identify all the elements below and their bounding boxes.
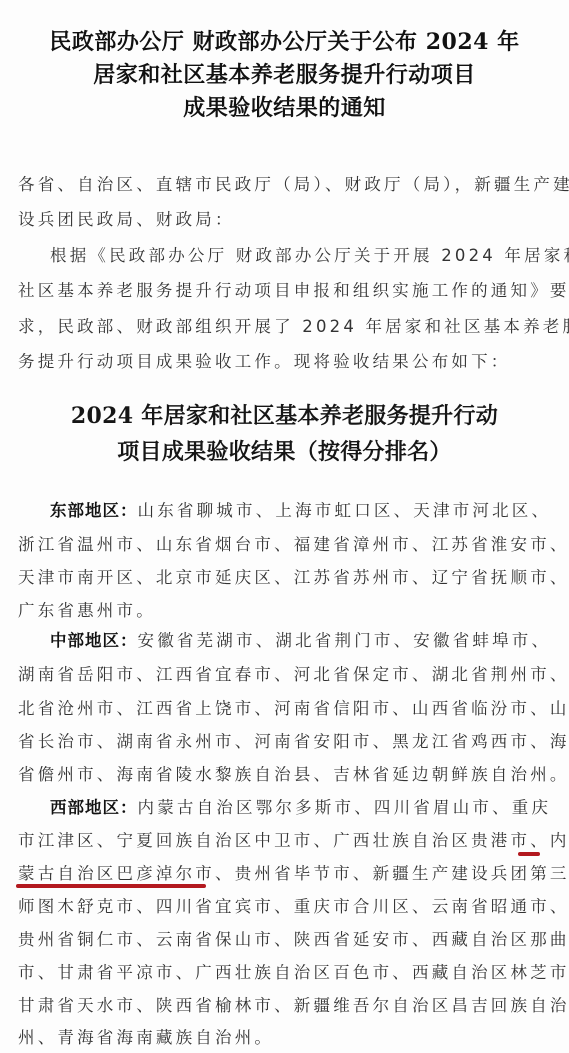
- region-west-line-3: 蒙古自治区巴彦淖尔市、贵州省毕节市、新疆生产建设兵团第三: [18, 863, 553, 885]
- region-west-label: 西部地区：: [50, 798, 138, 817]
- notice-title-line-3: 成果验收结果的通知: [0, 92, 569, 124]
- region-central-line-4: 省长治市、湖南省永州市、河南省安阳市、黑龙江省鸡西市、海南: [18, 731, 553, 753]
- region-west-line-2: 市江津区、宁夏回族自治区中卫市、广西壮族自治区贵港市、内: [18, 830, 553, 852]
- results-title-line-2: 项目成果验收结果（按得分排名）: [0, 436, 569, 468]
- intro-line-2: 社区基本养老服务提升行动项目申报和组织实施工作的通知》要: [18, 280, 553, 302]
- region-central-line-3: 北省沧州市、江西省上饶市、河南省信阳市、山西省临汾市、山西: [18, 698, 553, 720]
- notice-title-line-2: 居家和社区基本养老服务提升行动项目: [0, 59, 569, 91]
- document-page: 民政部办公厅 财政部办公厅关于公布 2024 年 居家和社区基本养老服务提升行动…: [0, 0, 569, 1053]
- region-west-line-7: 甘肃省天水市、陕西省榆林市、新疆维吾尔自治区昌吉回族自治: [18, 995, 553, 1017]
- region-east-line-2: 浙江省温州市、山东省烟台市、福建省漳州市、江苏省淮安市、: [18, 534, 553, 556]
- intro-line-3: 求，民政部、财政部组织开展了 2024 年居家和社区基本养老服: [18, 316, 553, 338]
- intro-line-4: 务提升行动项目成果验收工作。现将验收结果公布如下：: [18, 351, 553, 373]
- region-west-line-4: 师图木舒克市、四川省宜宾市、重庆市合川区、云南省昭通市、: [18, 896, 553, 918]
- region-east-label: 东部地区：: [50, 501, 138, 520]
- region-central-line-1: 中部地区：安徽省芜湖市、湖北省荆门市、安徽省蚌埠市、: [50, 630, 569, 652]
- region-west-line-1: 西部地区：内蒙古自治区鄂尔多斯市、四川省眉山市、重庆: [50, 797, 569, 819]
- salutation-line-2: 设兵团民政局、财政局：: [18, 209, 553, 231]
- notice-title-line-1: 民政部办公厅 财政部办公厅关于公布 2024 年: [0, 26, 569, 58]
- red-underline-annotation-part-1: [518, 852, 540, 856]
- region-west-line-6: 市、甘肃省平凉市、广西壮族自治区百色市、西藏自治区林芝市、: [18, 962, 553, 984]
- red-underline-annotation-part-2: [16, 884, 206, 888]
- results-title-line-1: 2024 年居家和社区基本养老服务提升行动: [0, 400, 569, 432]
- region-central-line-5: 省儋州市、海南省陵水黎族自治县、吉林省延边朝鲜族自治州。: [18, 764, 553, 786]
- intro-line-1: 根据《民政部办公厅 财政部办公厅关于开展 2024 年居家和: [50, 245, 569, 267]
- region-east-line-4: 广东省惠州市。: [18, 600, 553, 622]
- region-east-line-3: 天津市南开区、北京市延庆区、江苏省苏州市、辽宁省抚顺市、: [18, 567, 553, 589]
- region-central-line-2: 湖南省岳阳市、江西省宜春市、河北省保定市、湖北省荆州市、河: [18, 664, 553, 686]
- salutation-line-1: 各省、自治区、直辖市民政厅（局）、财政厅（局），新疆生产建: [18, 174, 553, 196]
- region-east-line-1: 东部地区：山东省聊城市、上海市虹口区、天津市河北区、: [50, 500, 569, 522]
- region-west-line-8: 州、青海省海南藏族自治州。: [18, 1027, 553, 1049]
- region-central-label: 中部地区：: [50, 631, 138, 650]
- region-west-line-5: 贵州省铜仁市、云南省保山市、陕西省延安市、西藏自治区那曲: [18, 929, 553, 951]
